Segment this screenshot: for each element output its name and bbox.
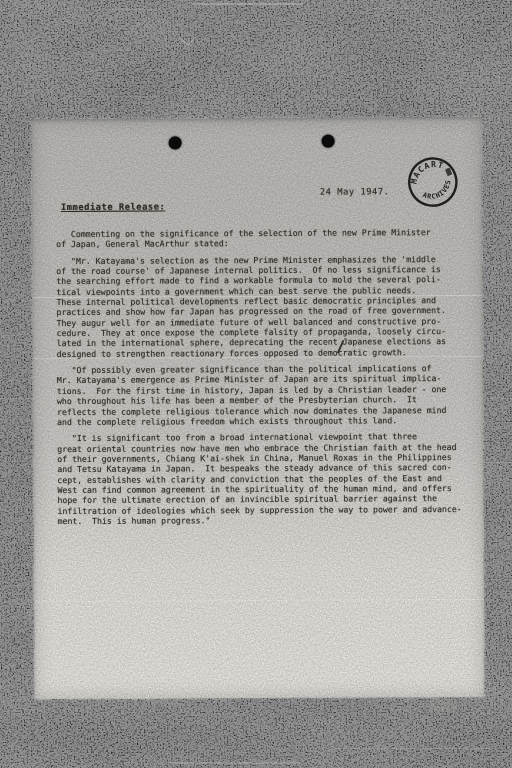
svg-text:ARCHIVES: ARCHIVES	[419, 176, 458, 207]
paragraph-statement-2: "Of possibly even greater significance t…	[57, 363, 481, 427]
film-scratch	[0, 398, 33, 399]
film-scratch	[238, 99, 358, 100]
film-scratch	[483, 462, 512, 463]
document-page: 24 May 1947. Immediate Release: Commenti…	[31, 117, 484, 699]
punch-hole-right	[322, 135, 335, 148]
film-scratch	[100, 50, 132, 51]
film-scratch	[372, 8, 418, 9]
film-scratch	[335, 748, 495, 749]
film-scratch	[170, 762, 300, 764]
film-scratch	[66, 96, 161, 97]
punch-hole-left	[169, 136, 182, 149]
document-body: Commenting on the significance of the se…	[56, 227, 482, 532]
stamp-text-bottom: ARCHIVES	[419, 176, 458, 207]
paragraph-intro: Commenting on the significance of the se…	[56, 227, 480, 250]
paragraph-statement-3: "It is significant too from a broad inte…	[57, 431, 481, 526]
paragraph-statement-1: "Mr. Katayama's selection as the new Pri…	[56, 254, 481, 360]
date-line: 24 May 1947.	[320, 187, 390, 197]
scanned-photo: 24 May 1947. Immediate Release: Commenti…	[0, 0, 512, 768]
release-heading: Immediate Release:	[61, 202, 165, 213]
film-scratch	[193, 3, 303, 5]
film-scratch	[105, 9, 155, 10]
film-scratch	[483, 398, 512, 399]
film-smudge	[424, 698, 458, 713]
